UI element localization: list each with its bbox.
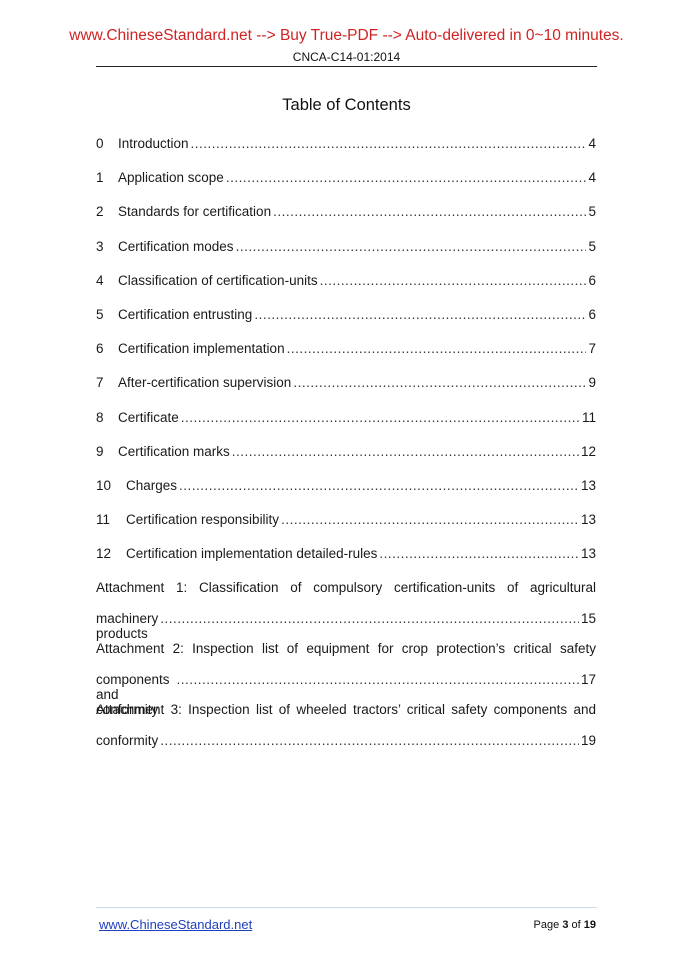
attachment-page: 17 (581, 672, 596, 687)
dot-leader (179, 478, 579, 493)
toc-entry-title: Standards for certification (118, 204, 271, 219)
toc-entry-title: Certification modes (118, 239, 234, 254)
toc-entry[interactable]: 7After-certification supervision9 (96, 375, 596, 409)
toc-entry[interactable]: 9Certification marks12 (96, 444, 596, 478)
dot-leader (177, 672, 579, 687)
toc-entry-number: 11 (96, 512, 126, 527)
promo-banner[interactable]: www.ChineseStandard.net --> Buy True-PDF… (0, 27, 693, 45)
toc-attachment-entry[interactable]: Attachment 1: Classification of compulso… (96, 580, 596, 641)
toc-entry-number: 10 (96, 478, 126, 493)
dot-leader (320, 273, 587, 288)
toc-entry[interactable]: 0Introduction4 (96, 136, 596, 170)
page-total: 19 (584, 919, 596, 931)
toc-entry-page: 6 (588, 307, 596, 322)
toc-entry[interactable]: 3Certification modes5 (96, 239, 596, 273)
toc-entry-page: 4 (588, 170, 596, 185)
toc-entry-page: 4 (588, 136, 596, 151)
footer-divider (96, 907, 597, 908)
page-current: 3 (562, 919, 568, 931)
dot-leader (293, 375, 586, 390)
toc-entry-page: 9 (588, 375, 596, 390)
toc-entry-page: 7 (588, 341, 596, 356)
toc-entry-title: Certification responsibility (126, 512, 279, 527)
toc-entry-title: Certification entrusting (118, 307, 252, 322)
toc-entry-number: 9 (96, 444, 118, 459)
toc-attachment-entry[interactable]: Attachment 2: Inspection list of equipme… (96, 641, 596, 702)
toc-entry-number: 2 (96, 204, 118, 219)
table-of-contents: 0Introduction41Application scope42Standa… (96, 136, 596, 763)
page-of: of (572, 919, 581, 931)
toc-entry-number: 8 (96, 410, 118, 425)
dot-leader (181, 410, 580, 425)
toc-entry-number: 5 (96, 307, 118, 322)
toc-entry-title: Certification marks (118, 444, 230, 459)
toc-entry-number: 3 (96, 239, 118, 254)
toc-entry-page: 5 (588, 204, 596, 219)
toc-entry[interactable]: 4Classification of certification-units6 (96, 273, 596, 307)
dot-leader (232, 444, 579, 459)
toc-entry[interactable]: 12Certification implementation detailed-… (96, 546, 596, 580)
dot-leader (379, 546, 579, 561)
dot-leader (287, 341, 587, 356)
toc-entry-number: 1 (96, 170, 118, 185)
page-label: Page (534, 919, 560, 931)
toc-entry[interactable]: 2Standards for certification5 (96, 204, 596, 238)
attachment-title-line2: conformity (96, 733, 158, 748)
toc-entry[interactable]: 10Charges13 (96, 478, 596, 512)
dot-leader (236, 239, 587, 254)
attachment-title-line1: Attachment 2: Inspection list of equipme… (96, 641, 596, 656)
toc-entry-number: 7 (96, 375, 118, 390)
toc-entry-page: 13 (581, 512, 596, 527)
header-divider (96, 66, 597, 67)
toc-entry-title: Classification of certification-units (118, 273, 318, 288)
toc-entry[interactable]: 8Certificate11 (96, 410, 596, 444)
toc-title: Table of Contents (0, 96, 693, 115)
toc-entry-title: Introduction (118, 136, 189, 151)
toc-entry-page: 11 (582, 410, 596, 425)
toc-entry-page: 5 (588, 239, 596, 254)
attachment-title-line1: Attachment 3: Inspection list of wheeled… (96, 702, 596, 717)
toc-entry-title: After-certification supervision (118, 375, 291, 390)
toc-entry-page: 13 (581, 546, 596, 561)
toc-entry-title: Certification implementation (118, 341, 285, 356)
toc-attachment-entry[interactable]: Attachment 3: Inspection list of wheeled… (96, 702, 596, 763)
dot-leader (226, 170, 587, 185)
toc-entry-title: Certification implementation detailed-ru… (126, 546, 377, 561)
dot-leader (273, 204, 586, 219)
attachment-title-line1: Attachment 1: Classification of compulso… (96, 580, 596, 595)
toc-entry[interactable]: 11Certification responsibility13 (96, 512, 596, 546)
toc-entry-page: 12 (581, 444, 596, 459)
dot-leader (191, 136, 587, 151)
toc-entry-number: 4 (96, 273, 118, 288)
attachment-page: 19 (581, 733, 596, 748)
dot-leader (160, 733, 579, 748)
document-code: CNCA-C14-01:2014 (0, 50, 693, 64)
toc-entry-number: 12 (96, 546, 126, 561)
dot-leader (160, 611, 579, 626)
toc-entry-title: Application scope (118, 170, 224, 185)
toc-entry[interactable]: 6Certification implementation7 (96, 341, 596, 375)
toc-entry-number: 0 (96, 136, 118, 151)
page-number: Page 3 of 19 (534, 919, 596, 931)
dot-leader (254, 307, 586, 322)
toc-entry-title: Certificate (118, 410, 179, 425)
toc-entry-title: Charges (126, 478, 177, 493)
toc-entry-number: 6 (96, 341, 118, 356)
toc-entry-page: 13 (581, 478, 596, 493)
footer-website-link[interactable]: www.ChineseStandard.net (99, 917, 252, 932)
attachment-page: 15 (581, 611, 596, 626)
toc-entry[interactable]: 1Application scope4 (96, 170, 596, 204)
attachment-title-line2: machinery products (96, 611, 158, 641)
toc-entry[interactable]: 5Certification entrusting6 (96, 307, 596, 341)
toc-entry-page: 6 (588, 273, 596, 288)
dot-leader (281, 512, 579, 527)
